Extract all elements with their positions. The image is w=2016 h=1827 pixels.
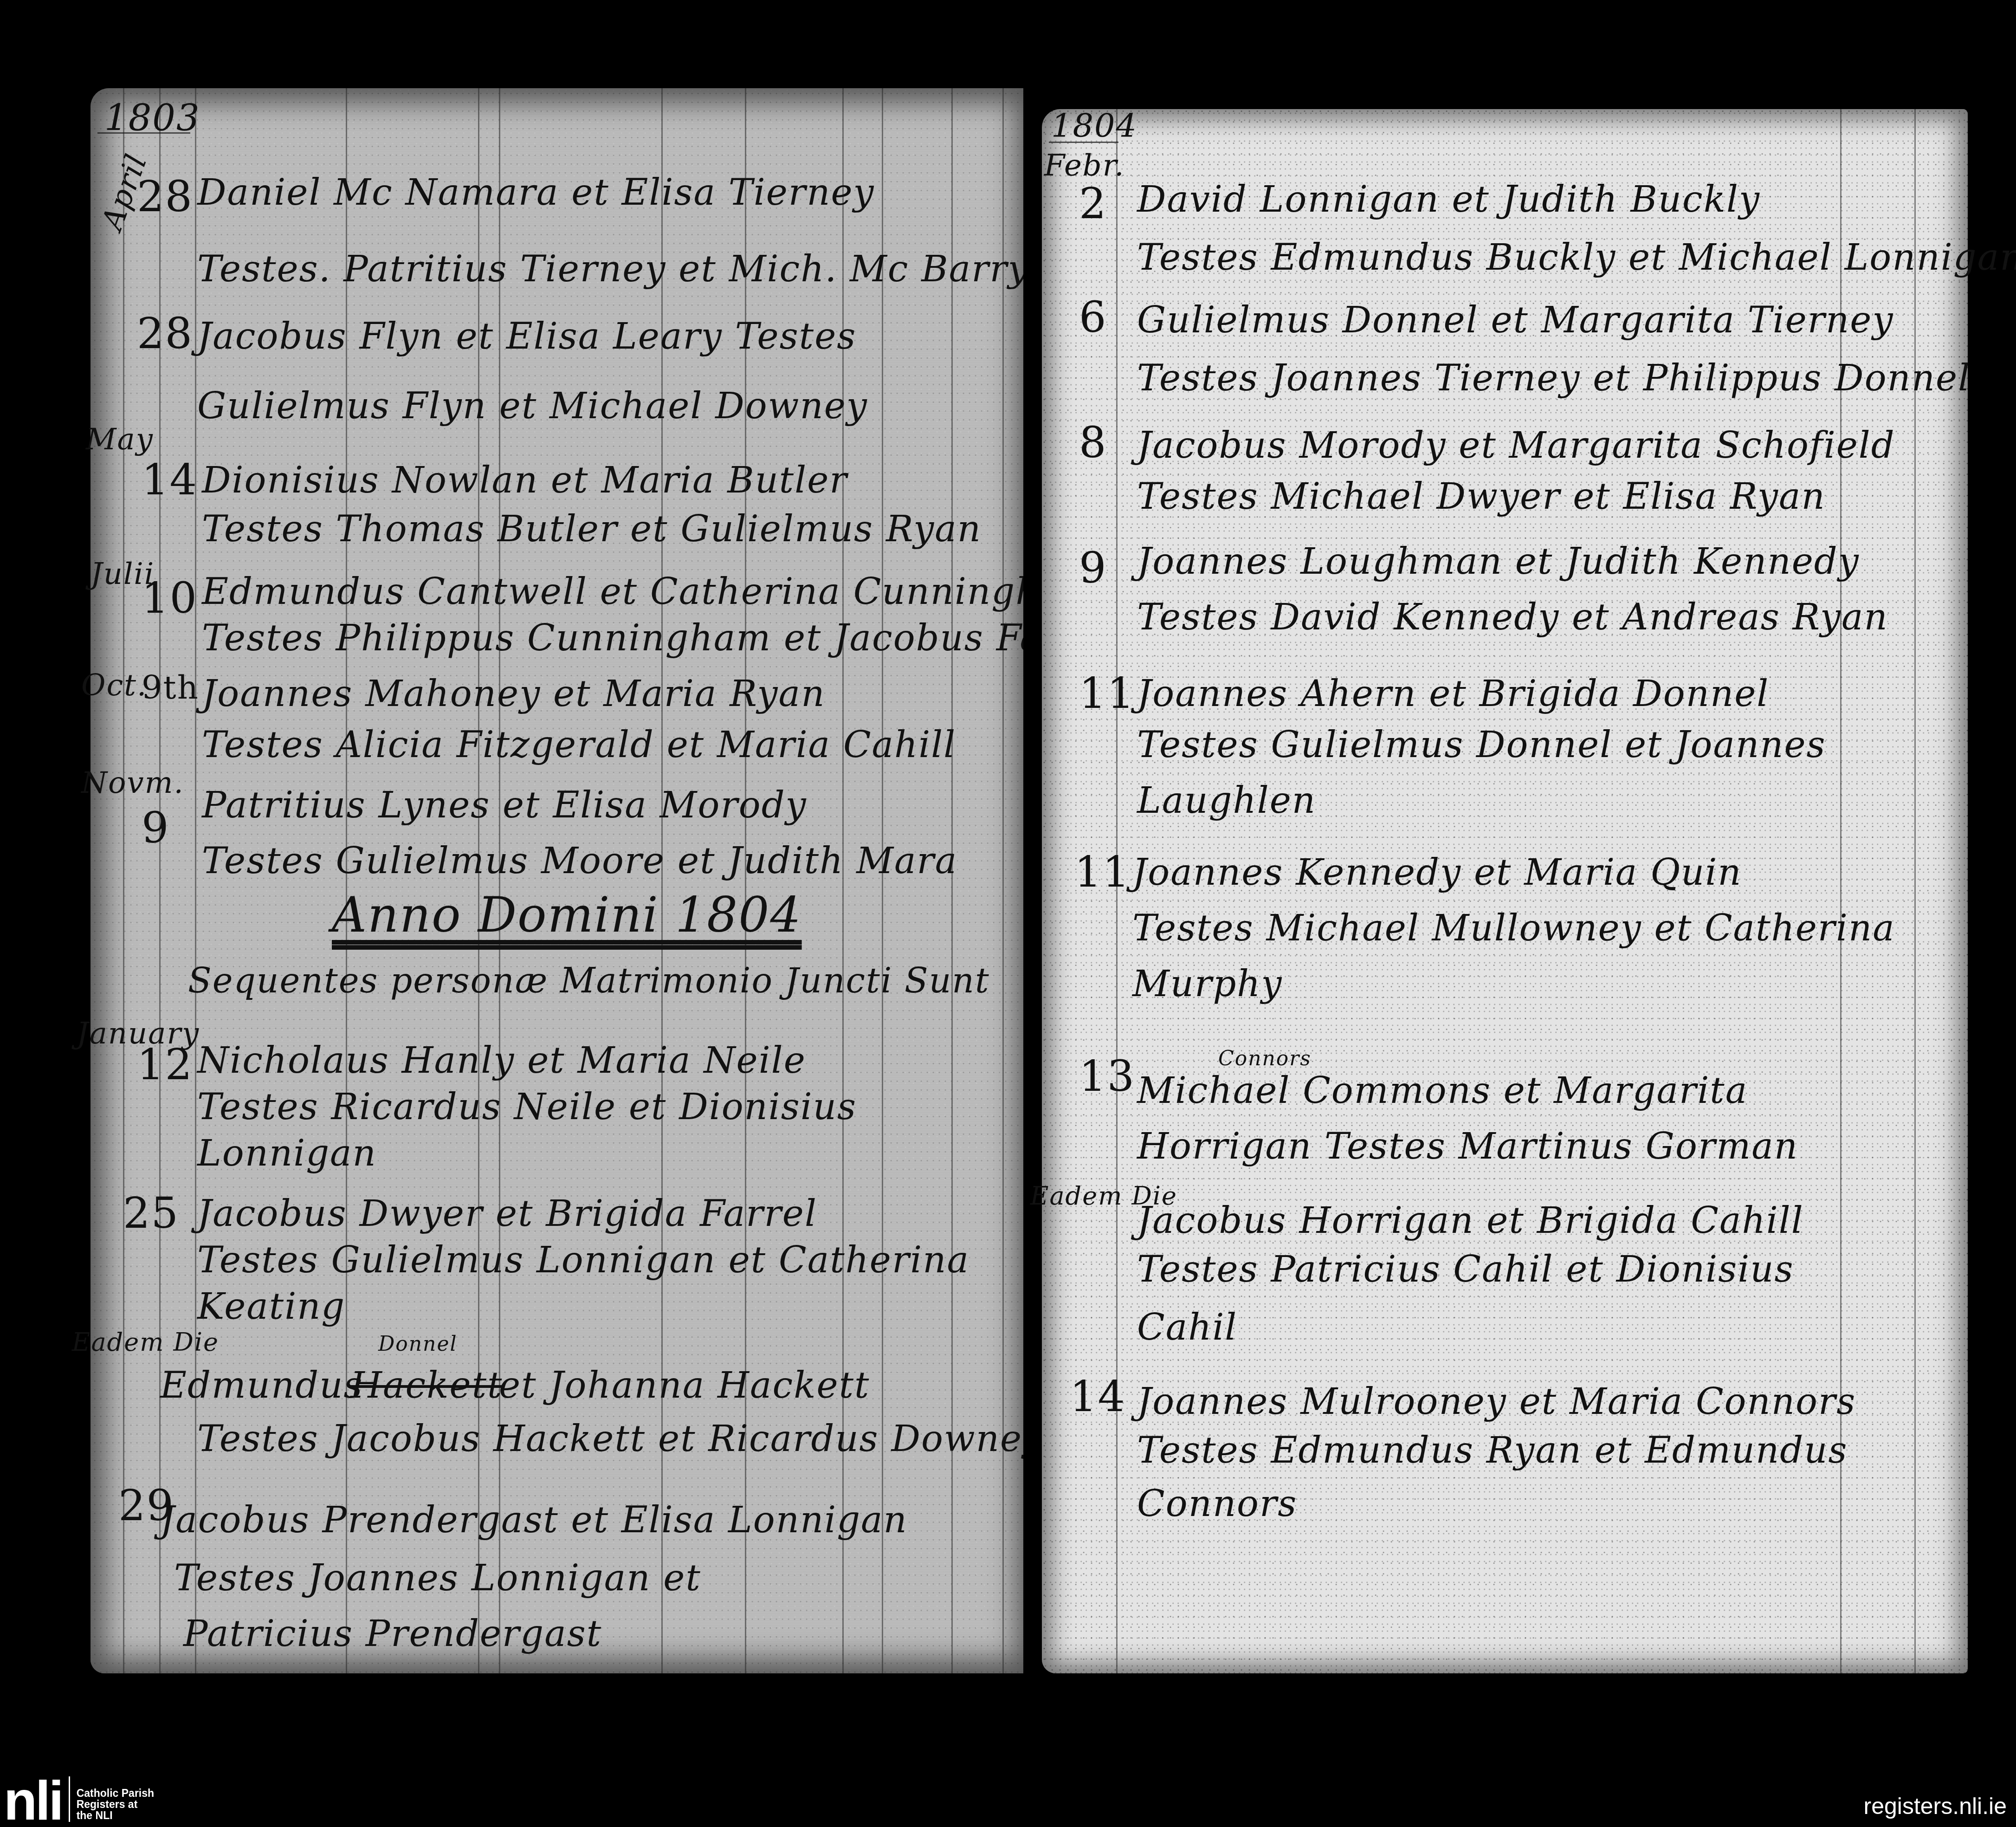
entry-line: Nicholaus Hanly et Maria Neile xyxy=(197,1040,806,1082)
entry-line: Testes Joannes Tierney et Philippus Donn… xyxy=(1137,357,1971,399)
day-number: 10 xyxy=(142,573,198,623)
entry-line: et Johanna Hackett xyxy=(499,1365,870,1406)
entry-line: Testes David Kennedy et Andreas Ryan xyxy=(1137,596,1888,638)
entry-line: Joannes Ahern et Brigida Donnel xyxy=(1137,673,1769,715)
entry-line: Horrigan Testes Martinus Gorman xyxy=(1137,1126,1798,1167)
intro-line: Sequentes personæ Matrimonio Juncti Sunt xyxy=(188,961,990,1001)
register-image-viewer: 1803 April 28 Daniel Mc Namara et Elisa … xyxy=(0,0,2016,1827)
entry-line: Testes Ricardus Neile et Dionisius xyxy=(197,1086,857,1128)
entry-line: Testes Michael Mullowney et Catherina xyxy=(1132,907,1895,949)
entry-line: Joannes Mahoney et Maria Ryan xyxy=(202,673,825,715)
logo-divider xyxy=(69,1776,70,1822)
entry-line: Laughlen xyxy=(1137,780,1316,822)
logo-text-line: the NLI xyxy=(77,1809,113,1821)
entry-line: Patritius Lynes et Elisa Morody xyxy=(202,784,807,826)
entry-line: Gulielmus Donnel et Margarita Tierney xyxy=(1137,299,1894,341)
day-number: 25 xyxy=(123,1188,179,1238)
entry-line: Testes Edmundus Buckly et Michael Lonnig… xyxy=(1137,237,2016,279)
nli-logo-mark: nli xyxy=(4,1780,62,1822)
month-label: Febr. xyxy=(1044,149,1125,183)
site-url: registers.nli.ie xyxy=(1864,1793,2007,1820)
month-label: May xyxy=(86,422,154,457)
day-number: 12 xyxy=(137,1040,193,1089)
entry-line: Gulielmus Flyn et Michael Downey xyxy=(197,385,868,427)
entry-line: Dionisius Nowlan et Maria Butler xyxy=(202,460,848,501)
day-number: 14 xyxy=(142,455,198,505)
logo-text-line: Catholic Parish xyxy=(77,1787,154,1799)
entry-line: David Lonnigan et Judith Buckly xyxy=(1137,179,1760,220)
day-number: 8 xyxy=(1079,418,1107,467)
entry-line: Murphy xyxy=(1132,963,1283,1005)
entry-line: Jacobus Flyn et Elisa Leary Testes xyxy=(197,316,856,357)
entry-line: Connors xyxy=(1137,1483,1297,1525)
entry-line: Testes. Patritius Tierney et Mich. Mc Ba… xyxy=(197,248,1029,290)
entry-line: Testes Jacobus Hackett et Ricardus Downe… xyxy=(197,1418,1044,1460)
entry-line: Testes Alicia Fitzgerald et Maria Cahill xyxy=(202,724,956,766)
day-number: 28 xyxy=(137,172,193,221)
entry-line: Testes Thomas Butler et Gulielmus Ryan xyxy=(202,508,982,550)
margin-note-eadem-die: Eadem Die xyxy=(72,1328,219,1357)
year-label: 1803 xyxy=(104,97,200,139)
entry-line: Testes Philippus Cunningham et Jacobus F… xyxy=(202,617,1110,659)
logo-text: Catholic Parish Registers at the NLI xyxy=(77,1788,155,1822)
struck-word: Hackett xyxy=(350,1365,503,1406)
day-number: 11 xyxy=(1079,668,1135,718)
entry-line: Joannes Loughman et Judith Kennedy xyxy=(1137,541,1860,583)
entry-line: Edmundus xyxy=(160,1365,363,1406)
day-number: 9 xyxy=(142,803,170,853)
left-page: 1803 April 28 Daniel Mc Namara et Elisa … xyxy=(90,88,1030,1673)
entry-line: Testes Gulielmus Lonnigan et Catherina xyxy=(197,1239,969,1281)
entry-line: Jacobus Morody et Margarita Schofield xyxy=(1137,425,1895,466)
day-number: 6 xyxy=(1079,292,1107,342)
day-number: 11 xyxy=(1074,847,1131,897)
interlinear-correction: Connors xyxy=(1218,1047,1312,1070)
entry-line: Keating xyxy=(197,1286,345,1328)
entry-line: Testes Patricius Cahil et Dionisius xyxy=(1137,1249,1794,1290)
entry-line: Michael Commons et Margarita xyxy=(1137,1070,1748,1112)
logo-text-line: Registers at xyxy=(77,1798,138,1810)
entry-line: Edmundus Cantwell et Catherina Cunningha… xyxy=(202,571,1098,613)
entry-line: Jacobus Prendergast et Elisa Lonnigan xyxy=(160,1499,908,1541)
right-page: 1804 Febr. 2 David Lonnigan et Judith Bu… xyxy=(1042,109,1968,1673)
entry-line: Testes Michael Dwyer et Elisa Ryan xyxy=(1137,476,1826,518)
entry-line: Daniel Mc Namara et Elisa Tierney xyxy=(197,172,875,214)
day-number: 9 xyxy=(1079,543,1107,593)
year-label: 1804 xyxy=(1051,107,1137,145)
day-number: 13 xyxy=(1079,1051,1135,1101)
day-number: 9th xyxy=(142,668,199,706)
nli-logo: nli Catholic Parish Registers at the NLI xyxy=(4,1775,155,1822)
entry-line: Joannes Mulrooney et Maria Connors xyxy=(1137,1381,1856,1423)
entry-line: Jacobus Dwyer et Brigida Farrel xyxy=(197,1193,817,1235)
year-heading: Anno Domini 1804 xyxy=(332,887,802,943)
entry-line: Cahil xyxy=(1137,1307,1237,1348)
month-label: Oct. xyxy=(81,668,147,703)
entry-line: Testes Gulielmus Donnel et Joannes xyxy=(1137,724,1826,766)
interlinear-correction: Donnel xyxy=(378,1332,458,1356)
entry-line: Testes Gulielmus Moore et Judith Mara xyxy=(202,840,957,882)
entry-line: Testes Joannes Lonnigan et xyxy=(174,1557,701,1599)
month-label: Novm. xyxy=(81,766,184,800)
entry-line: Lonnigan xyxy=(197,1133,377,1174)
day-number: 2 xyxy=(1079,179,1107,228)
day-number: 14 xyxy=(1070,1372,1126,1421)
entry-line: Testes Edmundus Ryan et Edmundus xyxy=(1137,1430,1848,1471)
entry-line: Patricius Prendergast xyxy=(183,1613,602,1655)
entry-line: Jacobus Horrigan et Brigida Cahill xyxy=(1137,1200,1804,1242)
entry-line: Joannes Kennedy et Maria Quin xyxy=(1132,852,1742,894)
day-number: 28 xyxy=(137,309,193,358)
